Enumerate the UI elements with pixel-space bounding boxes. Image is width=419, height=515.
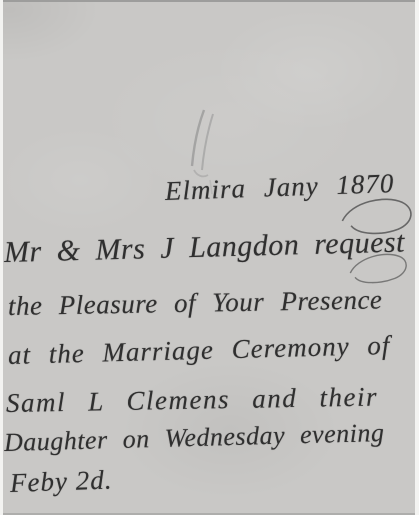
handwritten-line-date-feb: Feby 2d. xyxy=(9,464,112,499)
scan-edge-top xyxy=(0,0,419,2)
handwritten-line-pleasure: the Pleasure of Your Presence xyxy=(8,284,383,322)
scan-edge-right xyxy=(415,0,419,515)
handwritten-line-daughter: Daughter on Wednesday evening xyxy=(4,418,385,458)
scanned-handwritten-invitation: Elmira Jany 1870 Mr & Mrs J Langdon requ… xyxy=(0,0,419,515)
scan-edge-left xyxy=(0,0,3,515)
handwritten-line-ceremony: at the Marriage Ceremony of xyxy=(8,330,391,371)
handwritten-line-hosts: Mr & Mrs J Langdon request xyxy=(4,226,406,270)
handwritten-line-clemens: Saml L Clemens and their xyxy=(6,382,379,419)
